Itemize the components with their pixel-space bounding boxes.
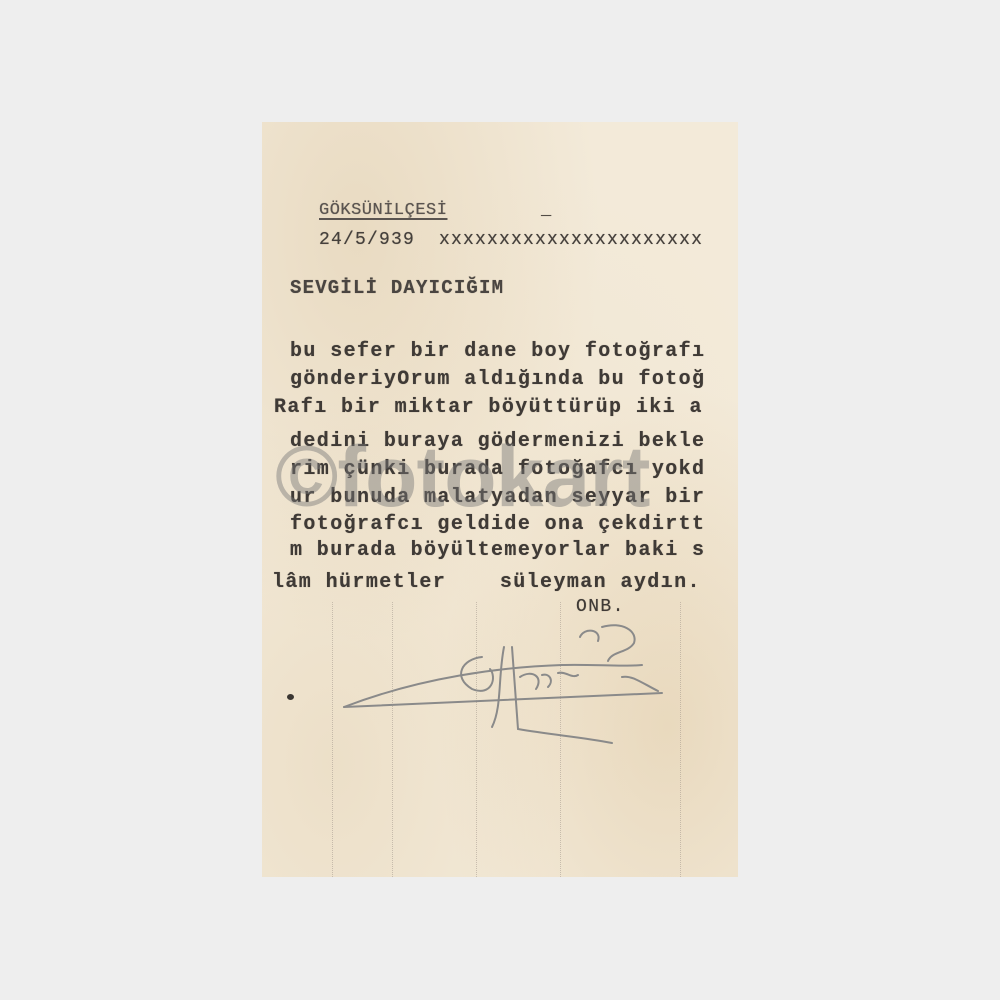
body-line: Rafı bir miktar böyüttürüp iki a	[274, 398, 703, 418]
closing: lâm hürmetler	[272, 571, 446, 594]
date-line: 24/5/939 xxxxxxxxxxxxxxxxxxxxxx	[319, 231, 703, 249]
body-line: m burada böyültemeyorlar baki s	[290, 541, 705, 561]
greeting: SEVGİLİ DAYICIĞIM	[290, 279, 504, 298]
heading-dash: _	[541, 202, 552, 219]
body-line: dedini buraya gödermenizi bekle	[290, 432, 705, 452]
closing-line: lâm hürmetler süleyman aydın.	[272, 573, 701, 593]
signer-name: süleyman aydın.	[500, 571, 701, 594]
body-line: fotoğrafcı geldide ona çekdirtt	[290, 515, 705, 535]
ink-spot	[287, 694, 294, 700]
letter-paper: GÖKSÜNİLÇESİ _ 24/5/939 xxxxxxxxxxxxxxxx…	[262, 122, 738, 877]
rank: ONB.	[576, 598, 625, 616]
date-filler: xxxxxxxxxxxxxxxxxxxxxx	[439, 230, 703, 250]
body-line: rim çünki burada fotoğafcı yokd	[290, 460, 705, 480]
place-heading: GÖKSÜNİLÇESİ	[319, 202, 447, 219]
body-line: gönderiyOrum aldığında bu fotoğ	[290, 370, 705, 390]
body-line: bu sefer bir dane boy fotoğrafı	[290, 342, 705, 362]
handwritten-signature	[322, 617, 682, 757]
letter-date: 24/5/939	[319, 230, 415, 250]
body-line: ur bunuda malatyadan seyyar bir	[290, 488, 705, 508]
